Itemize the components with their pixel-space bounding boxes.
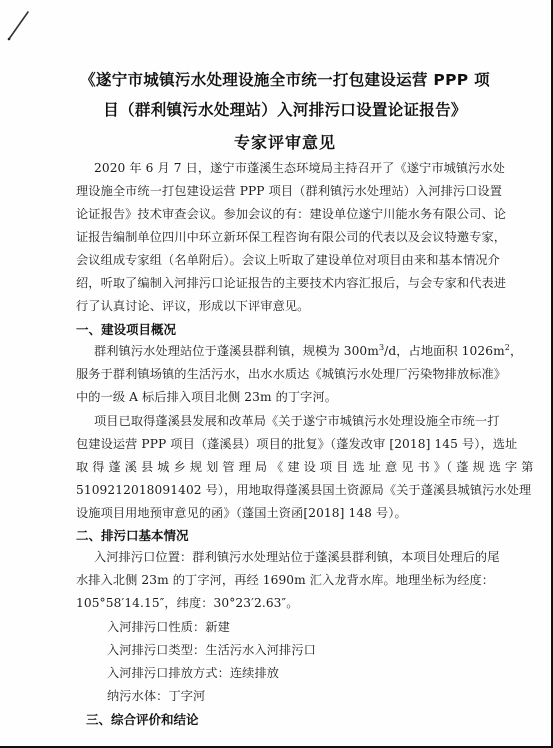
outfall-location-line: 105°58′14.15″，纬度：30°23′2.63″。: [76, 595, 508, 611]
document-page: 《遂宁市城镇污水处理设施全市统一打包建设运营 PPP 项 目（群利镇污水处理站）…: [0, 0, 553, 748]
section-1-para1-line: 服务于群利镇场镇的生活污水，出水水质达《城镇污水处理厂污染物排放标准》: [76, 366, 508, 382]
section-1-para2-line: 设施项目用地预审意见的函》（蓬国土资函[2018] 148 号）。: [76, 505, 508, 521]
section-1-para1-line: 中的一级 A 标后排入项目北侧 23m 的丁字河。: [76, 389, 508, 405]
document-title-line-2: 目（群利镇污水处理站）入河排污口设置论证报告》: [60, 98, 510, 120]
intro-line: 2020 年 6 月 7 日，遂宁市蓬溪生态环境局主持召开了《遂宁市城镇污水处: [94, 160, 526, 176]
document-subtitle: 专家评审意见: [60, 130, 510, 153]
field-value: 丁字河: [168, 689, 205, 703]
outfall-location-line: 入河排污口位置：群利镇污水处理站位于蓬溪县群利镇，本项目处理后的尾: [94, 549, 526, 565]
section-1-heading: 一、建设项目概况: [76, 320, 176, 338]
field-receiving-water: 纳污水体：丁字河: [107, 688, 539, 704]
intro-line: 会议组成专家组（名单附后）。会议上听取了建设单位对项目由来和基本情况介: [76, 252, 508, 268]
field-value: 生活污水入河排污口: [205, 643, 316, 657]
intro-line: 理设施全市统一打包建设运营 PPP 项目（群利镇污水处理站）入河排污口设置: [76, 183, 508, 199]
field-label: 入河排污口性质：: [107, 620, 205, 634]
field-label: 纳污水体：: [107, 689, 168, 703]
text-run: ，: [510, 344, 522, 358]
field-label: 入河排污口类型：: [107, 643, 205, 657]
field-value: 新建: [205, 620, 230, 634]
section-2-heading: 二、排污口基本情况: [76, 526, 189, 544]
intro-line: 绍，听取了编制入河排污口论证报告的主要技术内容汇报后，与会专家和代表进: [76, 275, 508, 291]
section-1-para2-line: 项目已取得蓬溪县发展和改革局《关于遂宁市城镇污水处理设施全市统一打: [94, 413, 526, 429]
field-value: 连续排放: [230, 666, 279, 680]
intro-line: 论证报告》技术审查会议。参加会议的有：建设单位遂宁川能水务有限公司、论: [76, 206, 508, 222]
section-1-para2-line: 包建设运营 PPP 项目（蓬溪县）项目的批复》（蓬发改审 [2018] 145 …: [76, 436, 508, 452]
intro-line: 证报告编制单位四川中环立新环保工程咨询有限公司的代表以及会议特邀专家，: [76, 229, 508, 245]
field-outfall-nature: 入河排污口性质：新建: [107, 619, 539, 635]
section-1-para2-line: 5109212018091402 号），用地取得蓬溪县国土资源局《关于蓬溪县城镇…: [76, 482, 508, 498]
field-outfall-type: 入河排污口类型：生活污水入河排污口: [107, 642, 539, 658]
section-3-heading: 三、综合评价和结论: [86, 710, 199, 728]
outfall-location-line: 水排入北侧 23m 的丁字河，再经 1690m 汇入龙背水库。地理坐标为经度：: [76, 572, 508, 588]
section-1-para2-line: 取 得 蓬 溪 县 城 乡 规 划 管 理 局 《 建 设 项 目 选 址 意 …: [76, 459, 508, 475]
section-1-para1-line: 群利镇污水处理站位于蓬溪县群利镇，规模为 300m3/d，占地面积 1026m2…: [94, 343, 526, 359]
intro-line: 行了认真讨论、评议，形成以下评审意见。: [76, 298, 508, 314]
document-title-line-1: 《遂宁市城镇污水处理设施全市统一打包建设运营 PPP 项: [60, 68, 510, 90]
field-discharge-mode: 入河排污口排放方式：连续排放: [107, 665, 539, 681]
pen-stroke-mark: [6, 8, 32, 42]
text-run: /d，占地面积 1026m: [384, 344, 505, 358]
field-label: 入河排污口排放方式：: [107, 666, 230, 680]
text-run: 群利镇污水处理站位于蓬溪县群利镇，规模为 300m: [94, 344, 379, 358]
